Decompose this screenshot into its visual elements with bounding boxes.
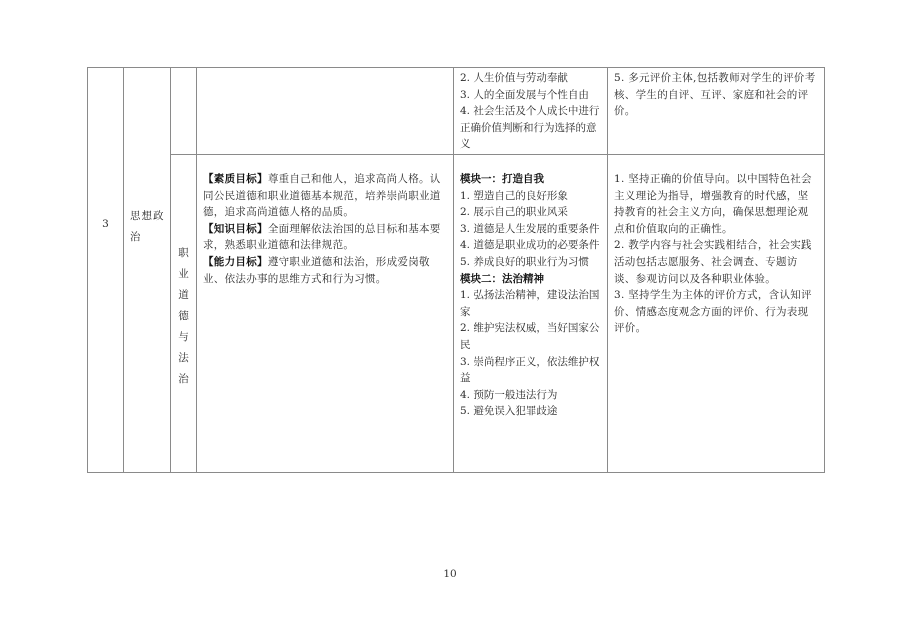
module-item: 5. 避免误入犯罪歧途 [460, 403, 603, 420]
content-item: 4. 社会生活及个人成长中进行正确价值判断和行为选择的意义 [460, 103, 603, 153]
evaluation-cell-continued: 5. 多元评价主体,包括教师对学生的评价考核、学生的自评、互评、家庭和社会的评价… [608, 68, 825, 155]
course-name-cell: 职 业 道 德 与 法 治 [171, 155, 197, 473]
module-item: 3. 崇尚程序正义，依法维护权益 [460, 354, 603, 387]
page-number: 10 [0, 568, 900, 580]
evaluation-cell: 1. 坚持正确的价值导向。以中国特色社会主义理论为指导，增强教育的时代感，坚持教… [608, 155, 825, 473]
subject-cell: 思想政治 [124, 68, 171, 473]
course-char: 道 [171, 285, 196, 306]
module-item: 5. 养成良好的职业行为习惯 [460, 254, 603, 271]
goal-cell-empty [197, 68, 454, 155]
subject-name: 思想政治 [124, 68, 170, 248]
course-cell-empty [171, 68, 197, 155]
document-page: 3 思想政治 2. 人生价值与劳动奉献 3. 人的全面发展与个性自由 4. 社会… [0, 0, 900, 636]
table-row-continued: 3 思想政治 2. 人生价值与劳动奉献 3. 人的全面发展与个性自由 4. 社会… [88, 68, 825, 155]
content-item: 2. 人生价值与劳动奉献 [460, 70, 603, 87]
index-cell: 3 [88, 68, 124, 473]
course-char: 职 [171, 243, 196, 264]
course-char: 德 [171, 306, 196, 327]
evaluation-item: 5. 多元评价主体,包括教师对学生的评价考核、学生的自评、互评、家庭和社会的评价… [614, 70, 818, 120]
goal-tag: 【能力目标】 [203, 256, 268, 268]
goal-tag: 【知识目标】 [203, 223, 268, 235]
row-index: 3 [88, 68, 123, 232]
course-char: 业 [171, 264, 196, 285]
goal-ability: 【能力目标】遵守职业道德和法治，形成爱岗敬业、依法办事的思维方式和行为习惯。 [203, 254, 447, 287]
table-row-course: 职 业 道 德 与 法 治 【素质目标】尊重自己和他人，追求高尚人格。认同公民道… [88, 155, 825, 473]
module-item: 1. 弘扬法治精神，建设法治国家 [460, 287, 603, 320]
goals-cell: 【素质目标】尊重自己和他人，追求高尚人格。认同公民道德和职业道德基本规范，培养崇… [197, 155, 454, 473]
course-char: 与 [171, 327, 196, 348]
module-title: 模块一：打造自我 [460, 171, 603, 188]
course-char: 治 [171, 369, 196, 390]
course-char: 法 [171, 348, 196, 369]
goal-knowledge: 【知识目标】全面理解依法治国的总目标和基本要求，熟悉职业道德和法律规范。 [203, 221, 447, 254]
module-item: 4. 预防一般违法行为 [460, 387, 603, 404]
evaluation-item: 3. 坚持学生为主体的评价方式，含认知评价、情感态度观念方面的评价、行为表现评价… [614, 287, 818, 337]
module-item: 2. 展示自己的职业风采 [460, 204, 603, 221]
evaluation-item: 1. 坚持正确的价值导向。以中国特色社会主义理论为指导，增强教育的时代感，坚持教… [614, 171, 818, 237]
content-item: 3. 人的全面发展与个性自由 [460, 87, 603, 104]
module-item: 1. 塑造自己的良好形象 [460, 188, 603, 205]
content-cell: 模块一：打造自我 1. 塑造自己的良好形象 2. 展示自己的职业风采 3. 道德… [454, 155, 608, 473]
module-item: 3. 道德是人生发展的重要条件 [460, 221, 603, 238]
module-title: 模块二：法治精神 [460, 271, 603, 288]
goal-tag: 【素质目标】 [203, 173, 268, 185]
goal-quality: 【素质目标】尊重自己和他人，追求高尚人格。认同公民道德和职业道德基本规范，培养崇… [203, 171, 447, 221]
module-item: 2. 维护宪法权威，当好国家公民 [460, 320, 603, 353]
evaluation-item: 2. 教学内容与社会实践相结合，社会实践活动包括志愿服务、社会调查、专题访谈、参… [614, 237, 818, 287]
content-cell-continued: 2. 人生价值与劳动奉献 3. 人的全面发展与个性自由 4. 社会生活及个人成长… [454, 68, 608, 155]
module-item: 4. 道德是职业成功的必要条件 [460, 237, 603, 254]
course-name-vertical: 职 业 道 德 与 法 治 [171, 155, 196, 390]
curriculum-table: 3 思想政治 2. 人生价值与劳动奉献 3. 人的全面发展与个性自由 4. 社会… [87, 67, 825, 473]
